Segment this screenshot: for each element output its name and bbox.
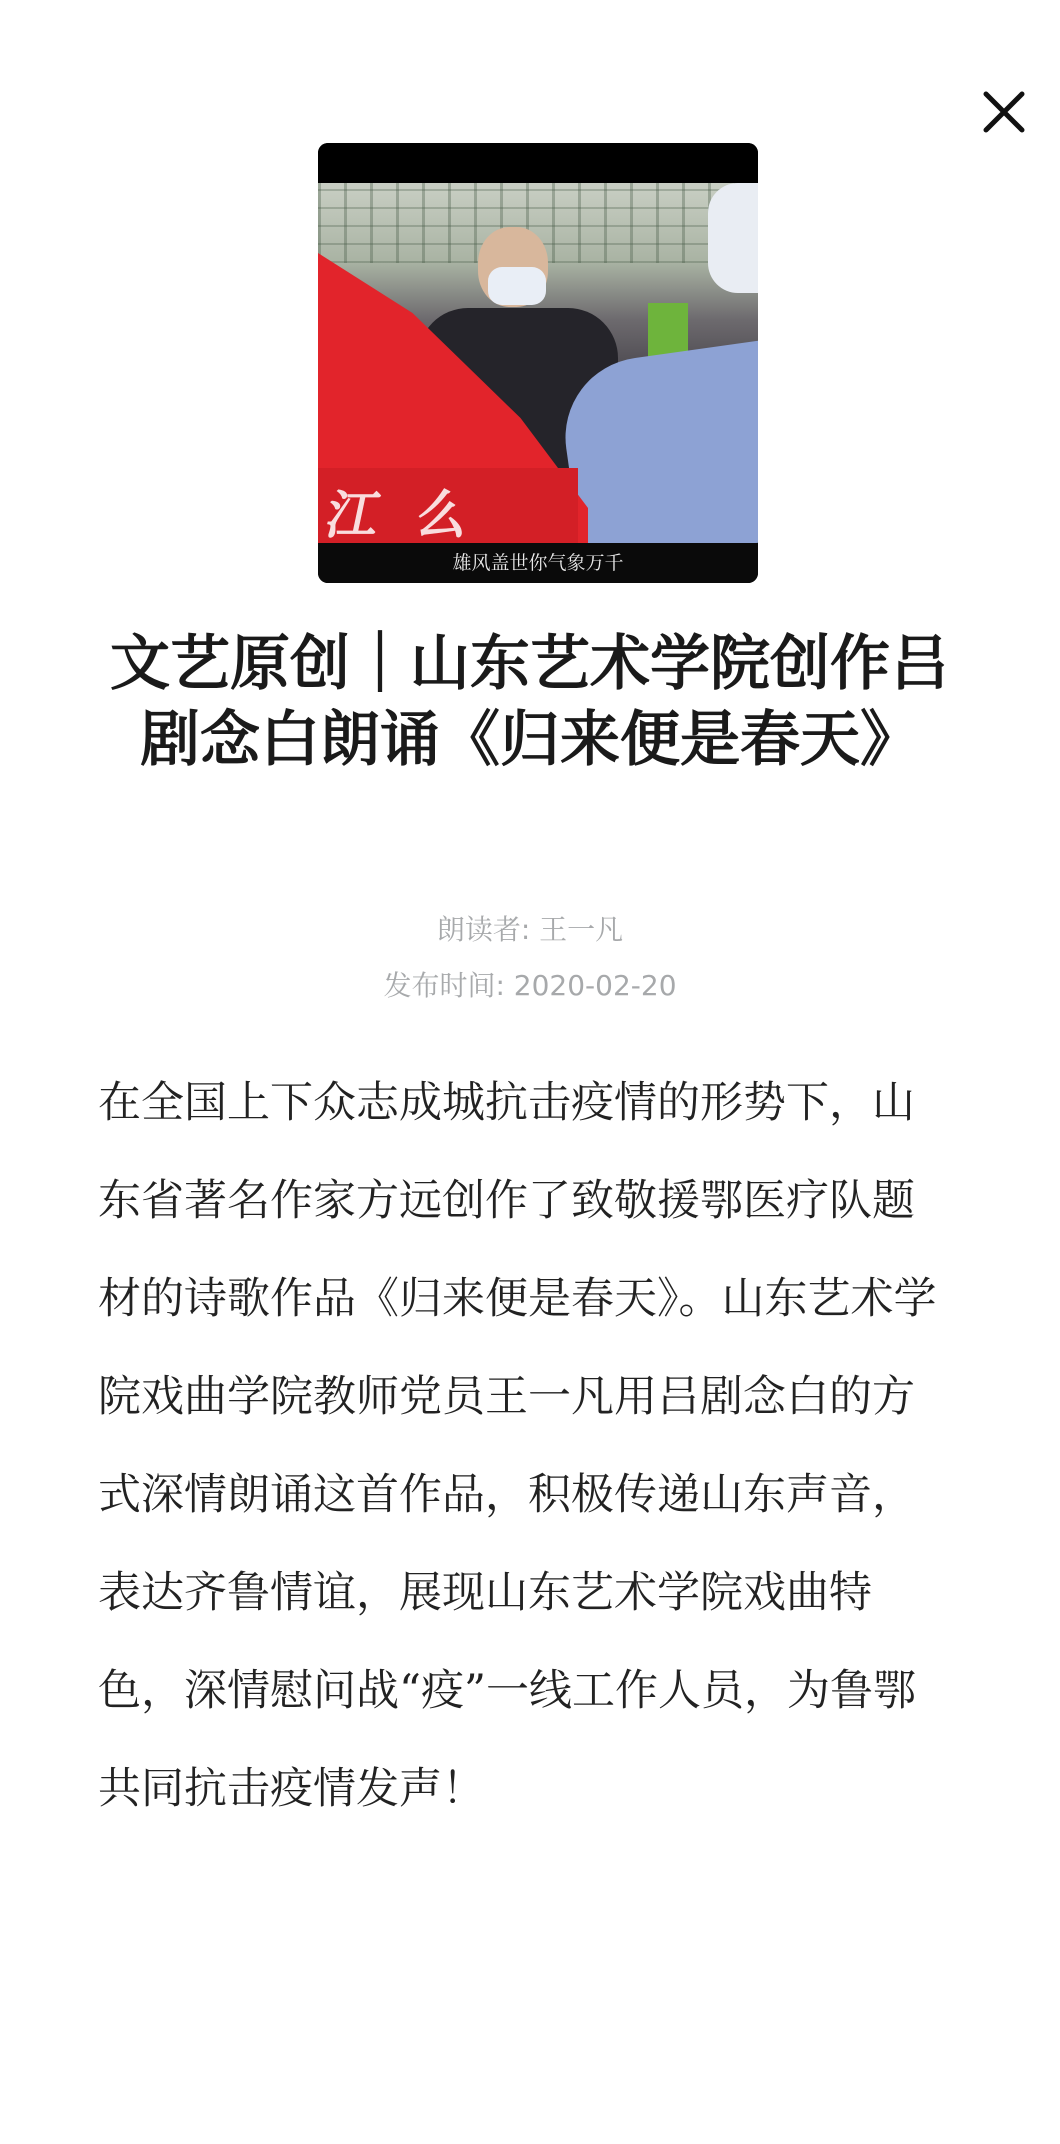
worker-head: [708, 183, 758, 293]
banner-lettering: 江 么: [320, 473, 488, 543]
cover-photo: 江 么: [318, 183, 758, 543]
publish-date: 发布时间: 2020-02-20: [0, 968, 1060, 1004]
reader-label: 朗读者: 王一凡: [0, 912, 1060, 948]
close-icon: [980, 88, 1028, 136]
close-button[interactable]: [980, 88, 1028, 136]
cover-image[interactable]: 江 么 雄风盖世你气象万千: [318, 143, 758, 583]
article-title: 文艺原创｜山东艺术学院创作吕剧念白朗诵《归来便是春天》: [90, 626, 970, 778]
face-mask: [488, 267, 546, 305]
article-body: 在全国上下众志成城抗击疫情的形势下，山东省著名作家方远创作了致敬援鄂医疗队题材的…: [98, 1054, 948, 1838]
cover-caption: 雄风盖世你气象万千: [318, 543, 758, 583]
cover-letterbox-top: [318, 143, 758, 183]
